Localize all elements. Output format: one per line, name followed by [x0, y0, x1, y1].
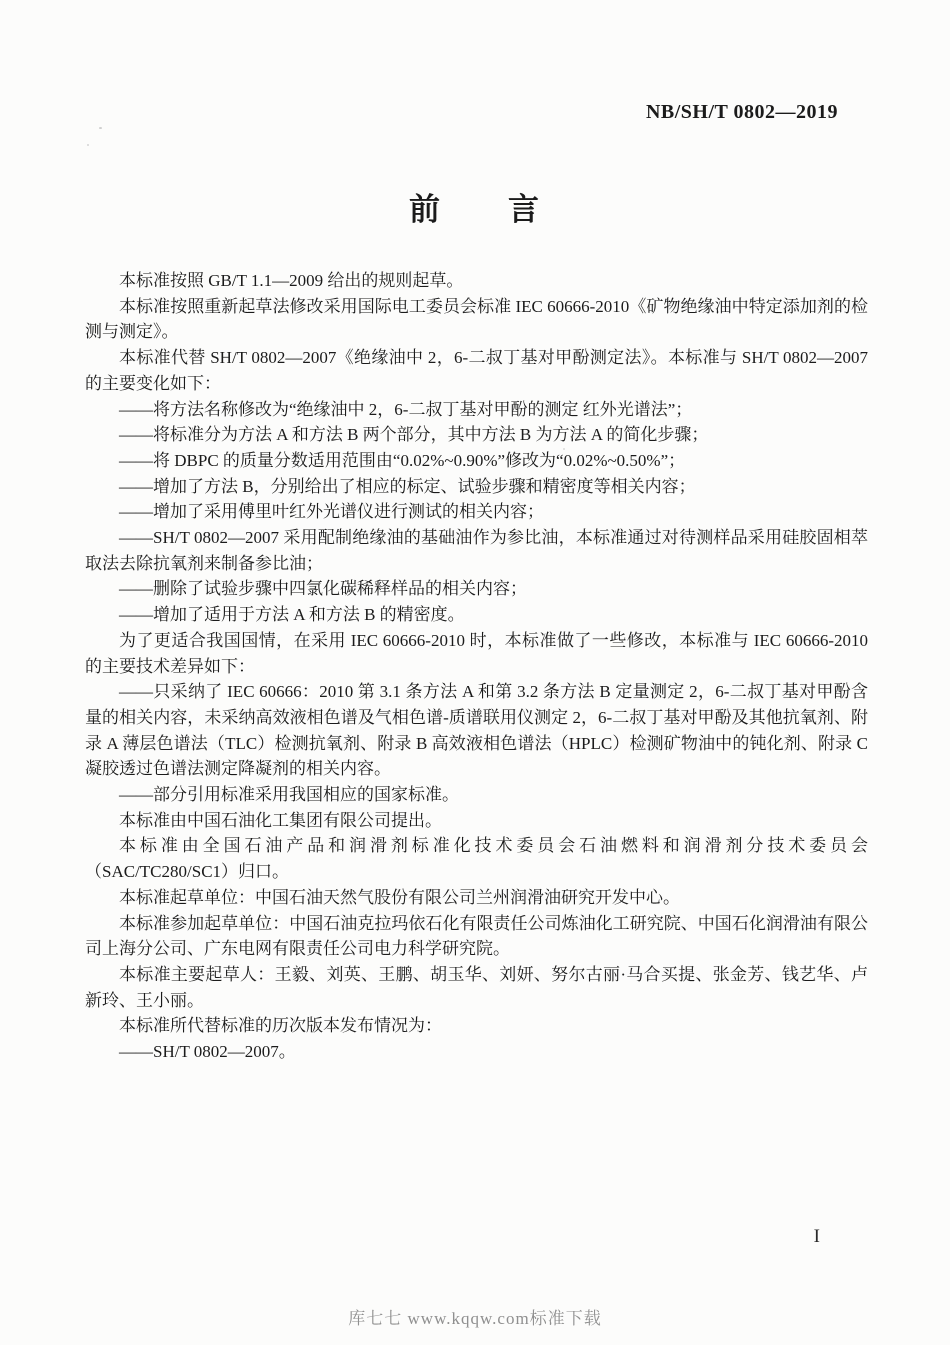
- scan-speck: [563, 448, 565, 450]
- paragraph: ——增加了采用傅里叶红外光谱仪进行测试的相关内容；: [85, 499, 868, 525]
- scan-speck: [87, 144, 89, 146]
- paragraph: 本标准所代替标准的历次版本发布情况为：: [85, 1013, 868, 1039]
- paragraph: 本标准代替 SH/T 0802—2007《绝缘油中 2，6-二叔丁基对甲酚测定法…: [85, 345, 868, 396]
- standard-number: NB/SH/T 0802—2019: [646, 101, 838, 124]
- watermark-text: 库七七 www.kqqw.com标准下载: [0, 1304, 950, 1329]
- paragraph: ——部分引用标准采用我国相应的国家标准。: [85, 782, 868, 808]
- paragraph: 本标准主要起草人：王毅、刘英、王鹏、胡玉华、刘妍、努尔古丽·马合买提、张金芳、钱…: [85, 962, 868, 1013]
- paragraph: 本标准按照 GB/T 1.1—2009 给出的规则起草。: [85, 268, 868, 294]
- paragraph: ——增加了方法 B，分别给出了相应的标定、试验步骤和精密度等相关内容；: [85, 474, 868, 500]
- paragraph: ——只采纳了 IEC 60666：2010 第 3.1 条方法 A 和第 3.2…: [85, 679, 868, 782]
- paragraph: ——增加了适用于方法 A 和方法 B 的精密度。: [85, 602, 868, 628]
- paragraph: ——SH/T 0802—2007 采用配制绝缘油的基础油作为参比油，本标准通过对…: [85, 525, 868, 576]
- paragraph: 本标准按照重新起草法修改采用国际电工委员会标准 IEC 60666-2010《矿…: [85, 294, 868, 345]
- paragraph: 本标准起草单位：中国石油天然气股份有限公司兰州润滑油研究开发中心。: [85, 885, 868, 911]
- paragraph: 本标准由全国石油产品和润滑剂标准化技术委员会石油燃料和润滑剂分技术委员会（SAC…: [85, 833, 868, 884]
- paragraph: ——删除了试验步骤中四氯化碳稀释样品的相关内容；: [85, 576, 868, 602]
- page-title: 前 言: [0, 184, 950, 229]
- paragraph: 为了更适合我国国情，在采用 IEC 60666-2010 时，本标准做了一些修改…: [85, 628, 868, 679]
- paragraph: ——将 DBPC 的质量分数适用范围由“0.02%~0.90%”修改为“0.02…: [85, 448, 868, 474]
- page-number: I: [814, 1226, 820, 1248]
- paragraph: ——SH/T 0802—2007。: [85, 1039, 868, 1065]
- document-page: NB/SH/T 0802—2019 前 言 本标准按照 GB/T 1.1—200…: [0, 0, 950, 1345]
- paragraph: 本标准参加起草单位：中国石油克拉玛依石化有限责任公司炼油化工研究院、中国石化润滑…: [85, 911, 868, 962]
- paragraph: ——将方法名称修改为“绝缘油中 2，6-二叔丁基对甲酚的测定 红外光谱法”；: [85, 397, 868, 423]
- paragraph: 本标准由中国石油化工集团有限公司提出。: [85, 808, 868, 834]
- scan-speck: [99, 127, 102, 129]
- document-body: 本标准按照 GB/T 1.1—2009 给出的规则起草。本标准按照重新起草法修改…: [85, 268, 868, 1065]
- paragraph: ——将标准分为方法 A 和方法 B 两个部分，其中方法 B 为方法 A 的简化步…: [85, 422, 868, 448]
